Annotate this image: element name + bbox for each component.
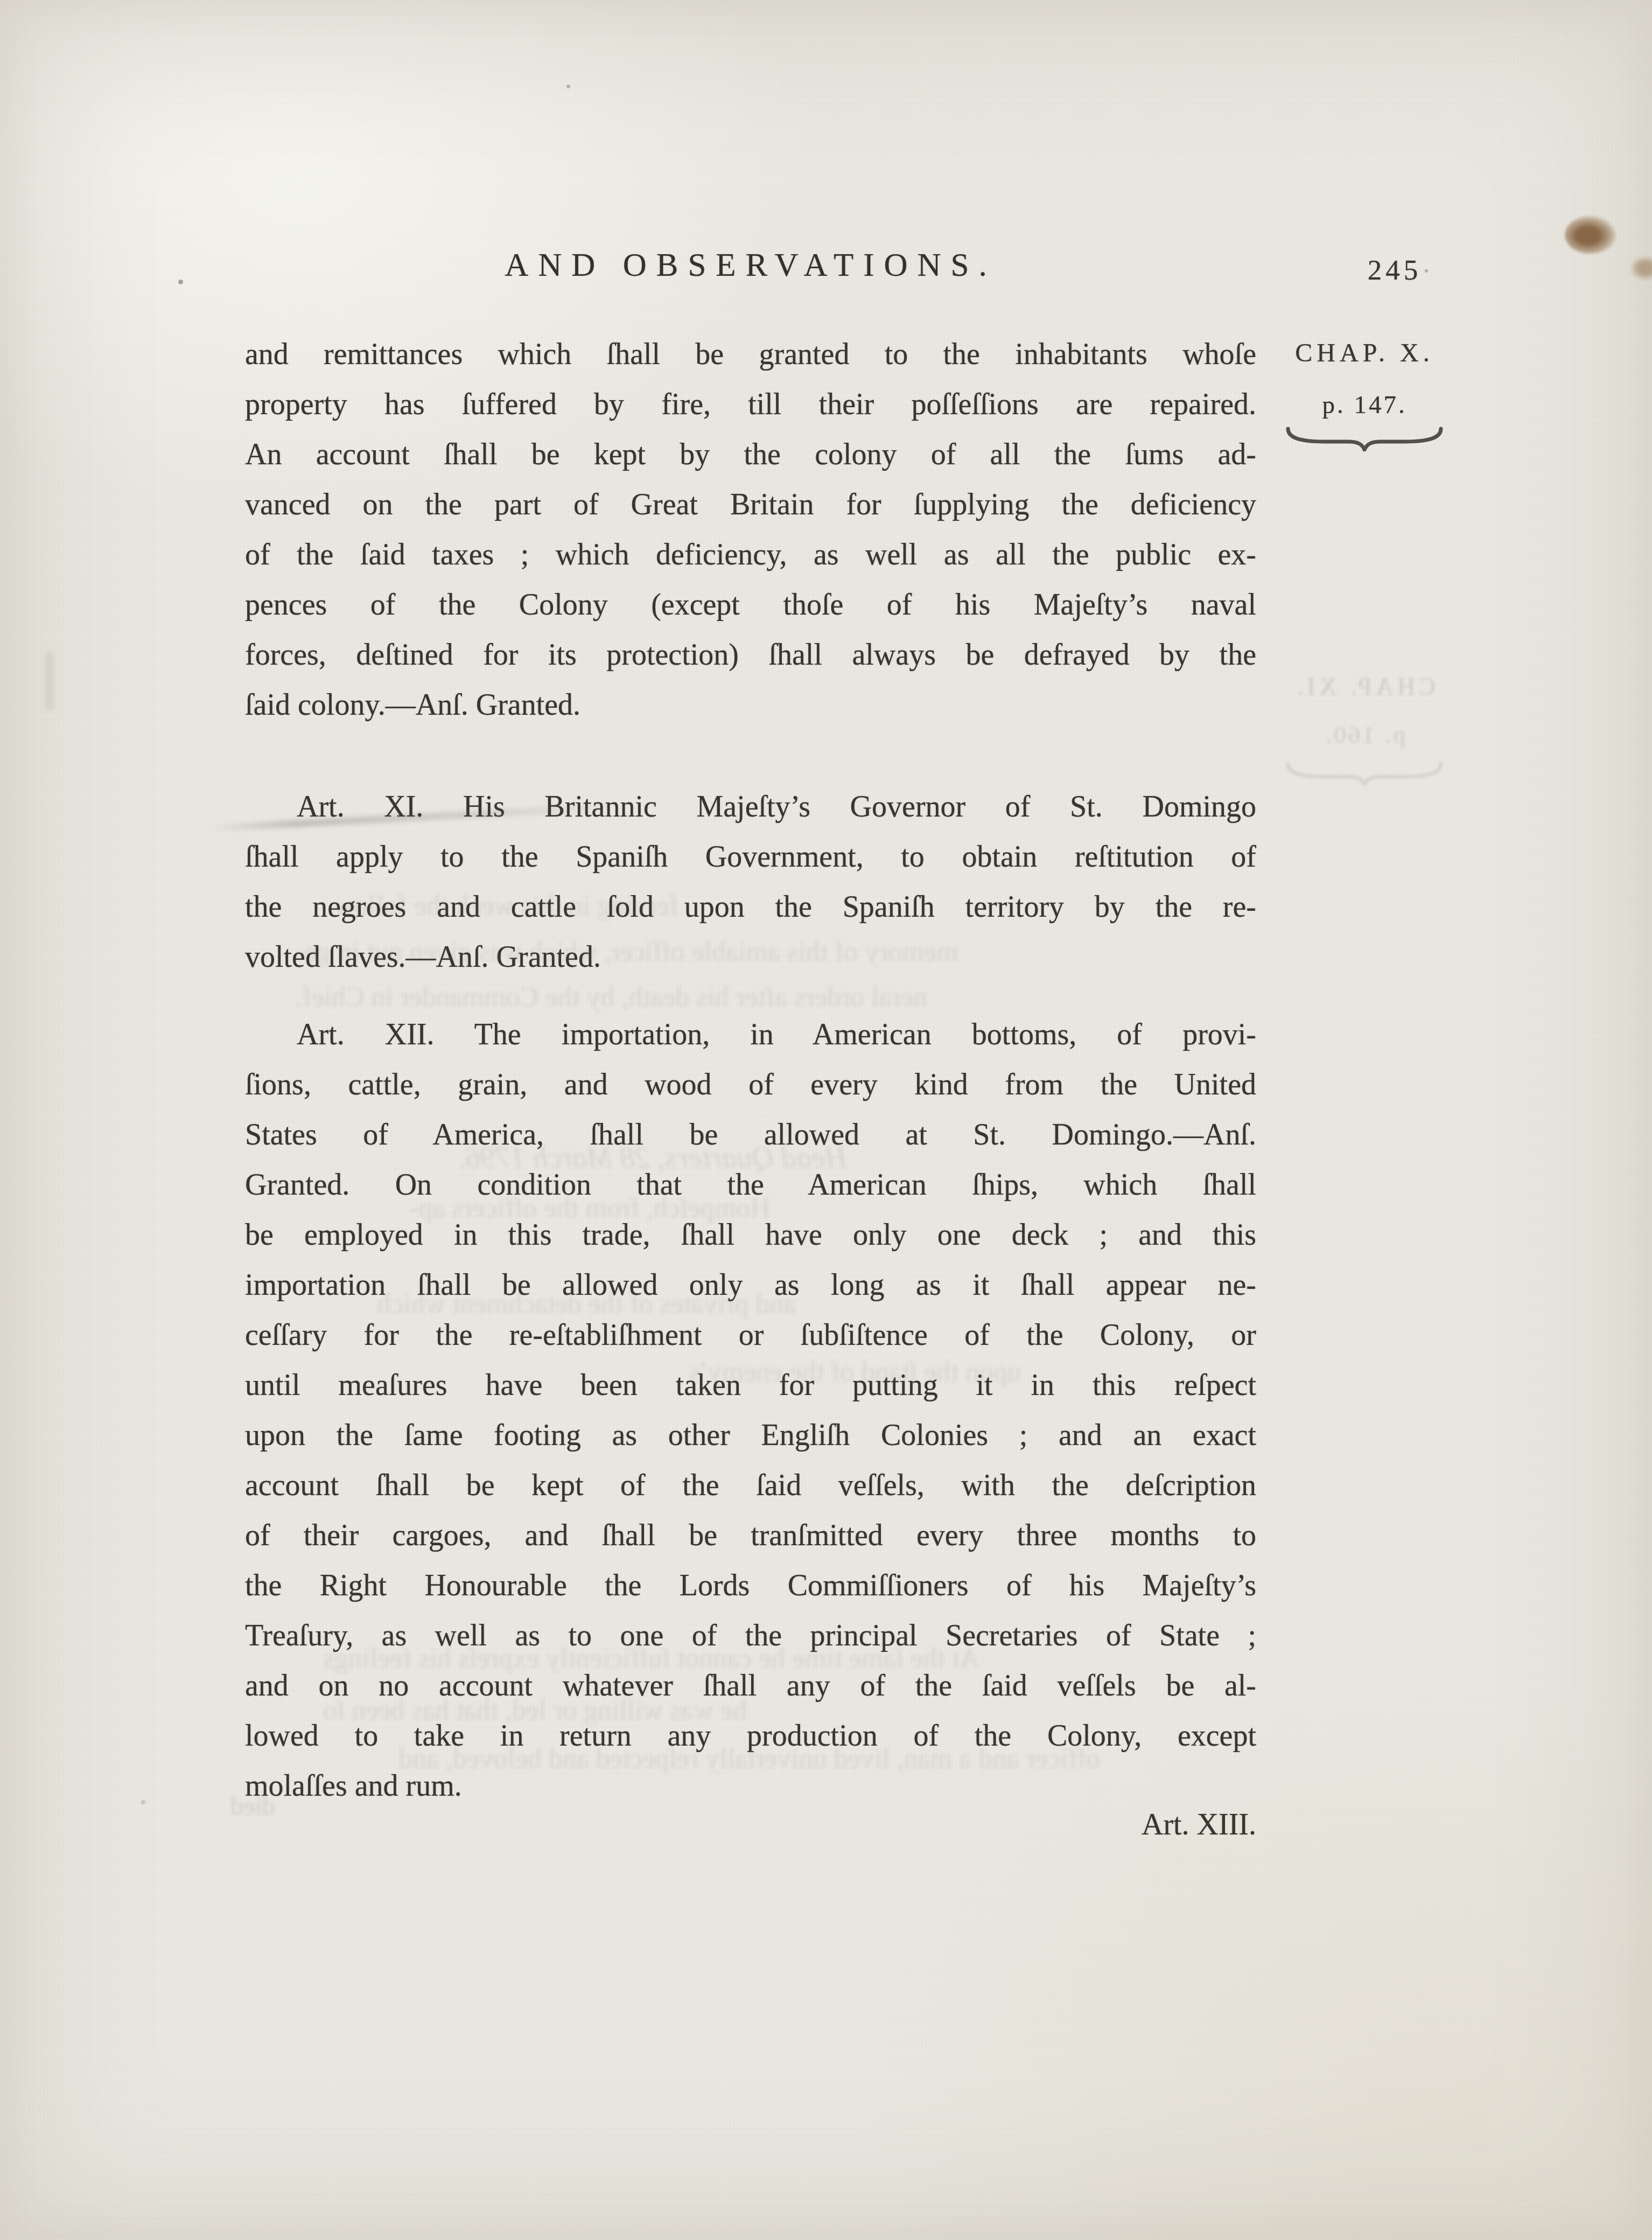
show-through-text: he was willing or led, that has been ſo — [323, 1694, 747, 1726]
underbrace-curve-icon — [1284, 423, 1445, 451]
text-line: upon the ſame footing as other Engliſh C… — [245, 1411, 1256, 1461]
text-line: of their cargoes, and ſhall be tranſmitt… — [245, 1511, 1256, 1561]
paper-speck — [566, 85, 570, 88]
show-through-text: Hompeſch, from the officers ap- — [409, 1192, 770, 1224]
paragraph-article-x-continuation: and remittances which ſhall be granted t… — [245, 330, 1256, 730]
show-through-text: upon the ſtand of the enemy’s — [689, 1356, 1021, 1388]
scanned-book-page: AND OBSERVATIONS. 245 CHAP. X. p. 147. a… — [0, 0, 1652, 2240]
rust-stain-small — [1630, 256, 1652, 280]
show-through-text: and privates of the detachment which — [377, 1288, 796, 1320]
text-line: and remittances which ſhall be granted t… — [245, 330, 1256, 380]
paper-speck — [141, 1800, 145, 1804]
margin-note: CHAP. X. p. 147. — [1274, 338, 1455, 451]
text-line: ſions, cattle, grain, and wood of every … — [245, 1060, 1256, 1110]
page-number: 245 — [1335, 254, 1454, 287]
text-line: Art. XI. His Britannic Majeſty’s Governo… — [245, 782, 1256, 832]
catchword: Art. XIII. — [245, 1808, 1256, 1842]
show-through-margin-page-ref: p. 160. — [1274, 721, 1455, 749]
rust-stain — [1565, 215, 1616, 254]
paper-speck — [1425, 269, 1428, 273]
margin-chapter-label: CHAP. X. — [1274, 338, 1455, 368]
show-through-text: died — [230, 1791, 275, 1821]
show-through-text: Head Quarters, 28 March 1796. — [458, 1141, 847, 1175]
text-line: ſhall apply to the Spaniſh Government, t… — [245, 832, 1256, 882]
show-through-text: neral orders after his death, by the Com… — [295, 981, 927, 1013]
text-line: forces, deſtined for its protection) ſha… — [245, 630, 1256, 680]
paper-speck — [178, 280, 183, 284]
text-line: the Right Honourable the Lords Commiſſio… — [245, 1561, 1256, 1611]
show-through-text: officer and a man, lived univerſally reſ… — [398, 1743, 1100, 1775]
text-line: Art. XII. The importation, in American b… — [245, 1010, 1256, 1060]
edge-smudge — [45, 652, 54, 711]
text-line: of the ſaid taxes ; which deficiency, as… — [245, 530, 1256, 580]
text-line: account ſhall be kept of the ſaid veſſel… — [245, 1461, 1256, 1511]
text-line: vanced on the part of Great Britain for … — [245, 480, 1256, 530]
show-through-text: memory of this amiable officer, which wa… — [295, 936, 958, 968]
show-through-text: ferving in this week the follow — [334, 890, 678, 922]
show-through-text: At the ſame time he cannot ſufficiently … — [323, 1643, 979, 1674]
paragraph-article-xii: Art. XII. The importation, in American b… — [245, 1010, 1256, 1811]
text-line: pences of the Colony (except thoſe of hi… — [245, 580, 1256, 630]
text-line: property has ſuffered by fire, till thei… — [245, 380, 1256, 430]
show-through-underbrace-curve-icon — [1284, 758, 1445, 786]
running-header: AND OBSERVATIONS. — [245, 247, 1256, 284]
text-line: An account ſhall be kept by the colony o… — [245, 430, 1256, 480]
margin-page-ref: p. 147. — [1274, 391, 1455, 419]
text-line: ſaid colony.—Anſ. Granted. — [245, 680, 1256, 730]
show-through-margin-chapter: CHAP. XI. — [1274, 672, 1455, 701]
